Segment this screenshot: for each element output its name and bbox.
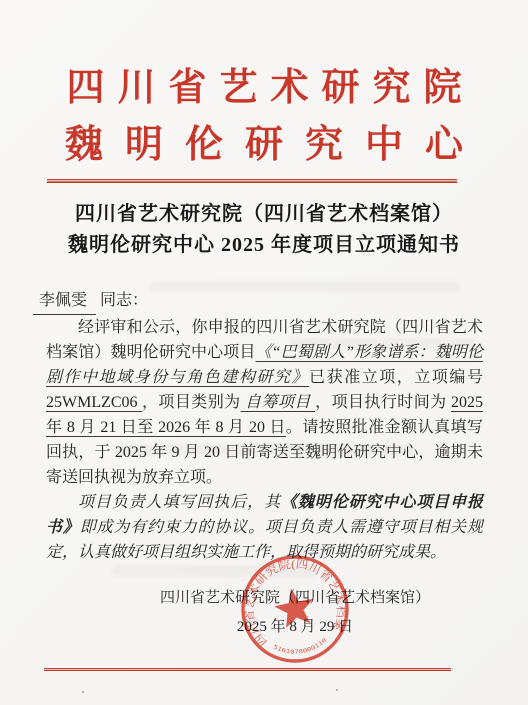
footer-rule [44, 668, 451, 671]
document-title: 四川省艺术研究院（四川省艺术档案馆） 魏明伦研究中心 2025 年度项目立项通知… [0, 199, 528, 261]
salutation: 李佩雯 同志： [33, 288, 483, 315]
p2-run-1: 项目负责人填写回执后，其 [78, 494, 281, 511]
bleedthrough-smudge [150, 281, 460, 292]
salutation-suffix: 同志： [96, 292, 148, 309]
project-category-underlined: 自筹项目 [241, 394, 316, 411]
p1-run-3: 已获准立项，立项编号 [309, 369, 483, 386]
seal-code-text: 5101078000110 [271, 634, 330, 660]
seal-star-icon [271, 585, 317, 630]
scan-speck [336, 689, 338, 691]
recipient-name: 李佩雯 [33, 288, 96, 315]
bleedthrough-smudge [115, 444, 415, 455]
body-paragraph-2: 项目负责人填写回执后，其《魏明伦研究中心项目申报书》即成为有约束力的协议。项目负… [46, 490, 483, 565]
bleedthrough-smudge [290, 338, 475, 348]
seal-graphic: 四川省艺术研究院(四川省艺术档案馆) 5101078000110 [229, 543, 360, 674]
letterhead-line-2: 魏明伦研究中心 [0, 117, 528, 174]
official-seal: 四川省艺术研究院(四川省艺术档案馆) 5101078000110 [229, 543, 360, 674]
letterhead-rule [47, 179, 457, 183]
document-body: 李佩雯 同志： 经评审和公示，你申报的四川省艺术研究院（四川省艺术档案馆）魏明伦… [46, 288, 483, 565]
p1-run-5: ，项目类别为 [142, 394, 241, 411]
document-page: 四川省艺术研究院 魏明伦研究中心 四川省艺术研究院（四川省艺术档案馆） 魏明伦研… [0, 0, 528, 705]
bleedthrough-smudge [112, 565, 317, 577]
letterhead-line-1: 四川省艺术研究院 [0, 60, 528, 117]
letterhead: 四川省艺术研究院 魏明伦研究中心 [0, 60, 528, 174]
title-line-1: 四川省艺术研究院（四川省艺术档案馆） [0, 199, 528, 230]
p2-run-3: 即成为有约束力的协议。项目负责人需遵守项目相关规定，认真做好项目组织实施工作，取… [46, 519, 483, 561]
project-number-underlined: 25WMLZC06 [46, 394, 142, 411]
scan-speck [82, 691, 84, 693]
p1-run-7: ，项目执行时间为 [315, 394, 451, 411]
title-line-2: 魏明伦研究中心 2025 年度项目立项通知书 [0, 230, 528, 261]
